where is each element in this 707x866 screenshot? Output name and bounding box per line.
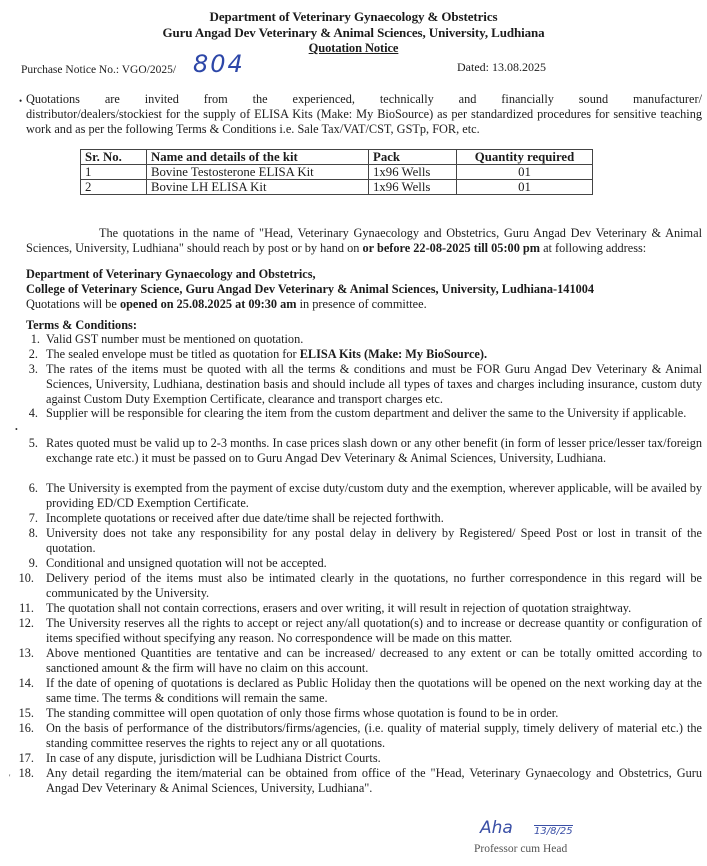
col-header-kit-name: Name and details of the kit (147, 150, 369, 165)
term-text: Incomplete quotations or received after … (46, 511, 702, 526)
intro-line-1: Quotations are invited from the experien… (26, 92, 702, 107)
term-number: 13. (4, 646, 34, 661)
term-number: 6. (8, 481, 38, 496)
cell-pack: 1x96 Wells (369, 165, 457, 180)
term-number: 14. (4, 676, 34, 691)
term-text: University does not take any responsibil… (46, 526, 702, 556)
term-text: If the date of opening of quotations is … (46, 676, 702, 706)
term-number: 8. (8, 526, 38, 541)
table-row: 1 Bovine Testosterone ELISA Kit 1x96 Wel… (81, 165, 593, 180)
col-header-sr-no: Sr. No. (81, 150, 147, 165)
term-number: 3. (8, 362, 38, 377)
cell-kit-name: Bovine LH ELISA Kit (147, 180, 369, 195)
cell-sr-no: 2 (81, 180, 147, 195)
handwritten-notice-number: 804 (193, 50, 245, 78)
kit-table: Sr. No. Name and details of the kit Pack… (80, 149, 593, 195)
signature-date: 13/8/25 (534, 825, 573, 837)
term-number: 12. (4, 616, 34, 631)
cell-pack: 1x96 Wells (369, 180, 457, 195)
opening-text-end: in presence of committee. (297, 297, 427, 311)
intro-paragraph: Quotations are invited from the experien… (26, 92, 702, 137)
cell-quantity: 01 (457, 165, 593, 180)
submission-paragraph: The quotations in the name of "Head, Vet… (26, 226, 702, 256)
term-text: The University reserves all the rights t… (46, 616, 702, 646)
term-text: The sealed envelope must be titled as qu… (46, 347, 702, 362)
term-number: 16. (4, 721, 34, 736)
address-line-2: College of Veterinary Science, Guru Anga… (26, 282, 594, 297)
term-number: 9. (8, 556, 38, 571)
term-text: On the basis of performance of the distr… (46, 721, 702, 751)
scan-mark: • (15, 425, 18, 434)
term-number: 17. (4, 751, 34, 766)
term-text: Valid GST number must be mentioned on qu… (46, 332, 702, 347)
quotation-notice-page: Department of Veterinary Gynaecology & O… (0, 0, 707, 866)
cell-sr-no: 1 (81, 165, 147, 180)
opening-paragraph: Quotations will be opened on 25.08.2025 … (26, 297, 427, 312)
term-text: Rates quoted must be valid up to 2-3 mon… (46, 436, 702, 466)
term-number: 10. (4, 571, 34, 586)
cell-kit-name: Bovine Testosterone ELISA Kit (147, 165, 369, 180)
term-number: 15. (4, 706, 34, 721)
intro-rest: distributor/dealers/stockiest for the su… (26, 107, 702, 136)
term-number: 2. (8, 347, 38, 362)
department-heading: Department of Veterinary Gynaecology & O… (0, 9, 707, 25)
term-text: Delivery period of the items must also b… (46, 571, 702, 601)
notice-date: Dated: 13.08.2025 (457, 60, 546, 75)
term-text: Above mentioned Quantities are tentative… (46, 646, 702, 676)
submission-text-end: at following address: (540, 241, 646, 255)
submission-deadline: or before 22-08-2025 till 05:00 pm (363, 241, 540, 255)
university-heading: Guru Angad Dev Veterinary & Animal Scien… (0, 25, 707, 41)
terms-heading: Terms & Conditions: (26, 318, 137, 333)
opening-text: Quotations will be (26, 297, 120, 311)
term-text: The rates of the items must be quoted wi… (46, 362, 702, 407)
address-line-1: Department of Veterinary Gynaecology and… (26, 267, 316, 282)
term-text: The University is exempted from the paym… (46, 481, 702, 511)
term-text: Conditional and unsigned quotation will … (46, 556, 702, 571)
term-number: 11. (4, 601, 34, 616)
purchase-notice-label: Purchase Notice No.: VGO/2025/ (21, 64, 176, 76)
col-header-pack: Pack (369, 150, 457, 165)
term-text: Any detail regarding the item/material c… (46, 766, 702, 796)
term-text: Supplier will be responsible for clearin… (46, 406, 702, 421)
col-header-quantity: Quantity required (457, 150, 593, 165)
signatory-title: Professor cum Head (474, 843, 567, 855)
kit-table-header-row: Sr. No. Name and details of the kit Pack… (81, 150, 593, 165)
term-text: In case of any dispute, jurisdiction wil… (46, 751, 702, 766)
term-number: 4. (8, 406, 38, 421)
opening-datetime: opened on 25.08.2025 at 09:30 am (120, 297, 297, 311)
term-number: 1. (10, 332, 40, 347)
cell-quantity: 01 (457, 180, 593, 195)
table-row: 2 Bovine LH ELISA Kit 1x96 Wells 01 (81, 180, 593, 195)
term-number: 7. (8, 511, 38, 526)
scan-mark: ' (9, 773, 10, 782)
term-text: The quotation shall not contain correcti… (46, 601, 702, 616)
document-title: Quotation Notice (0, 41, 707, 56)
bullet-mark: • (19, 96, 22, 106)
term-number: 5. (8, 436, 38, 451)
term-text: The standing committee will open quotati… (46, 706, 702, 721)
handwritten-signature: Aha (480, 818, 513, 838)
